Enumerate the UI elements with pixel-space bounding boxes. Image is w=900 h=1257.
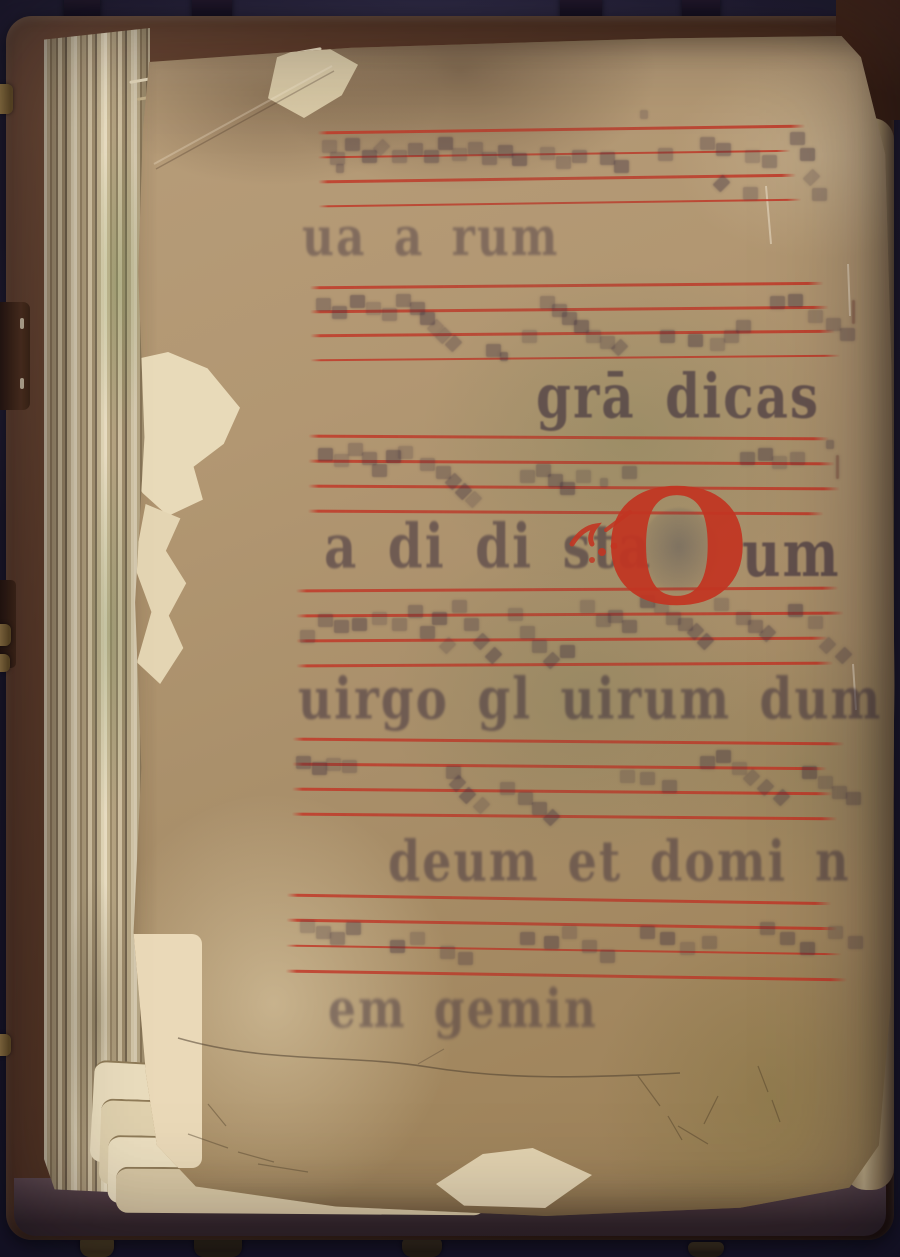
parchment-page: [118, 36, 896, 1216]
parchment-cracks: [118, 36, 896, 1216]
brass-clasp: [0, 84, 13, 114]
brass-clasp: [0, 654, 10, 672]
binding-foot: [688, 1242, 724, 1257]
brass-clasp: [0, 1034, 11, 1056]
page-edge-stack: [44, 28, 150, 1194]
strap-stitch: [20, 378, 24, 389]
brass-clasp: [0, 624, 11, 646]
manuscript-photograph: ua a rum grā dicas a di di sta uirgo gl …: [0, 0, 900, 1257]
clasp-strap: [0, 302, 30, 410]
strap-stitch: [20, 318, 24, 329]
binding-foot: [402, 1238, 442, 1257]
